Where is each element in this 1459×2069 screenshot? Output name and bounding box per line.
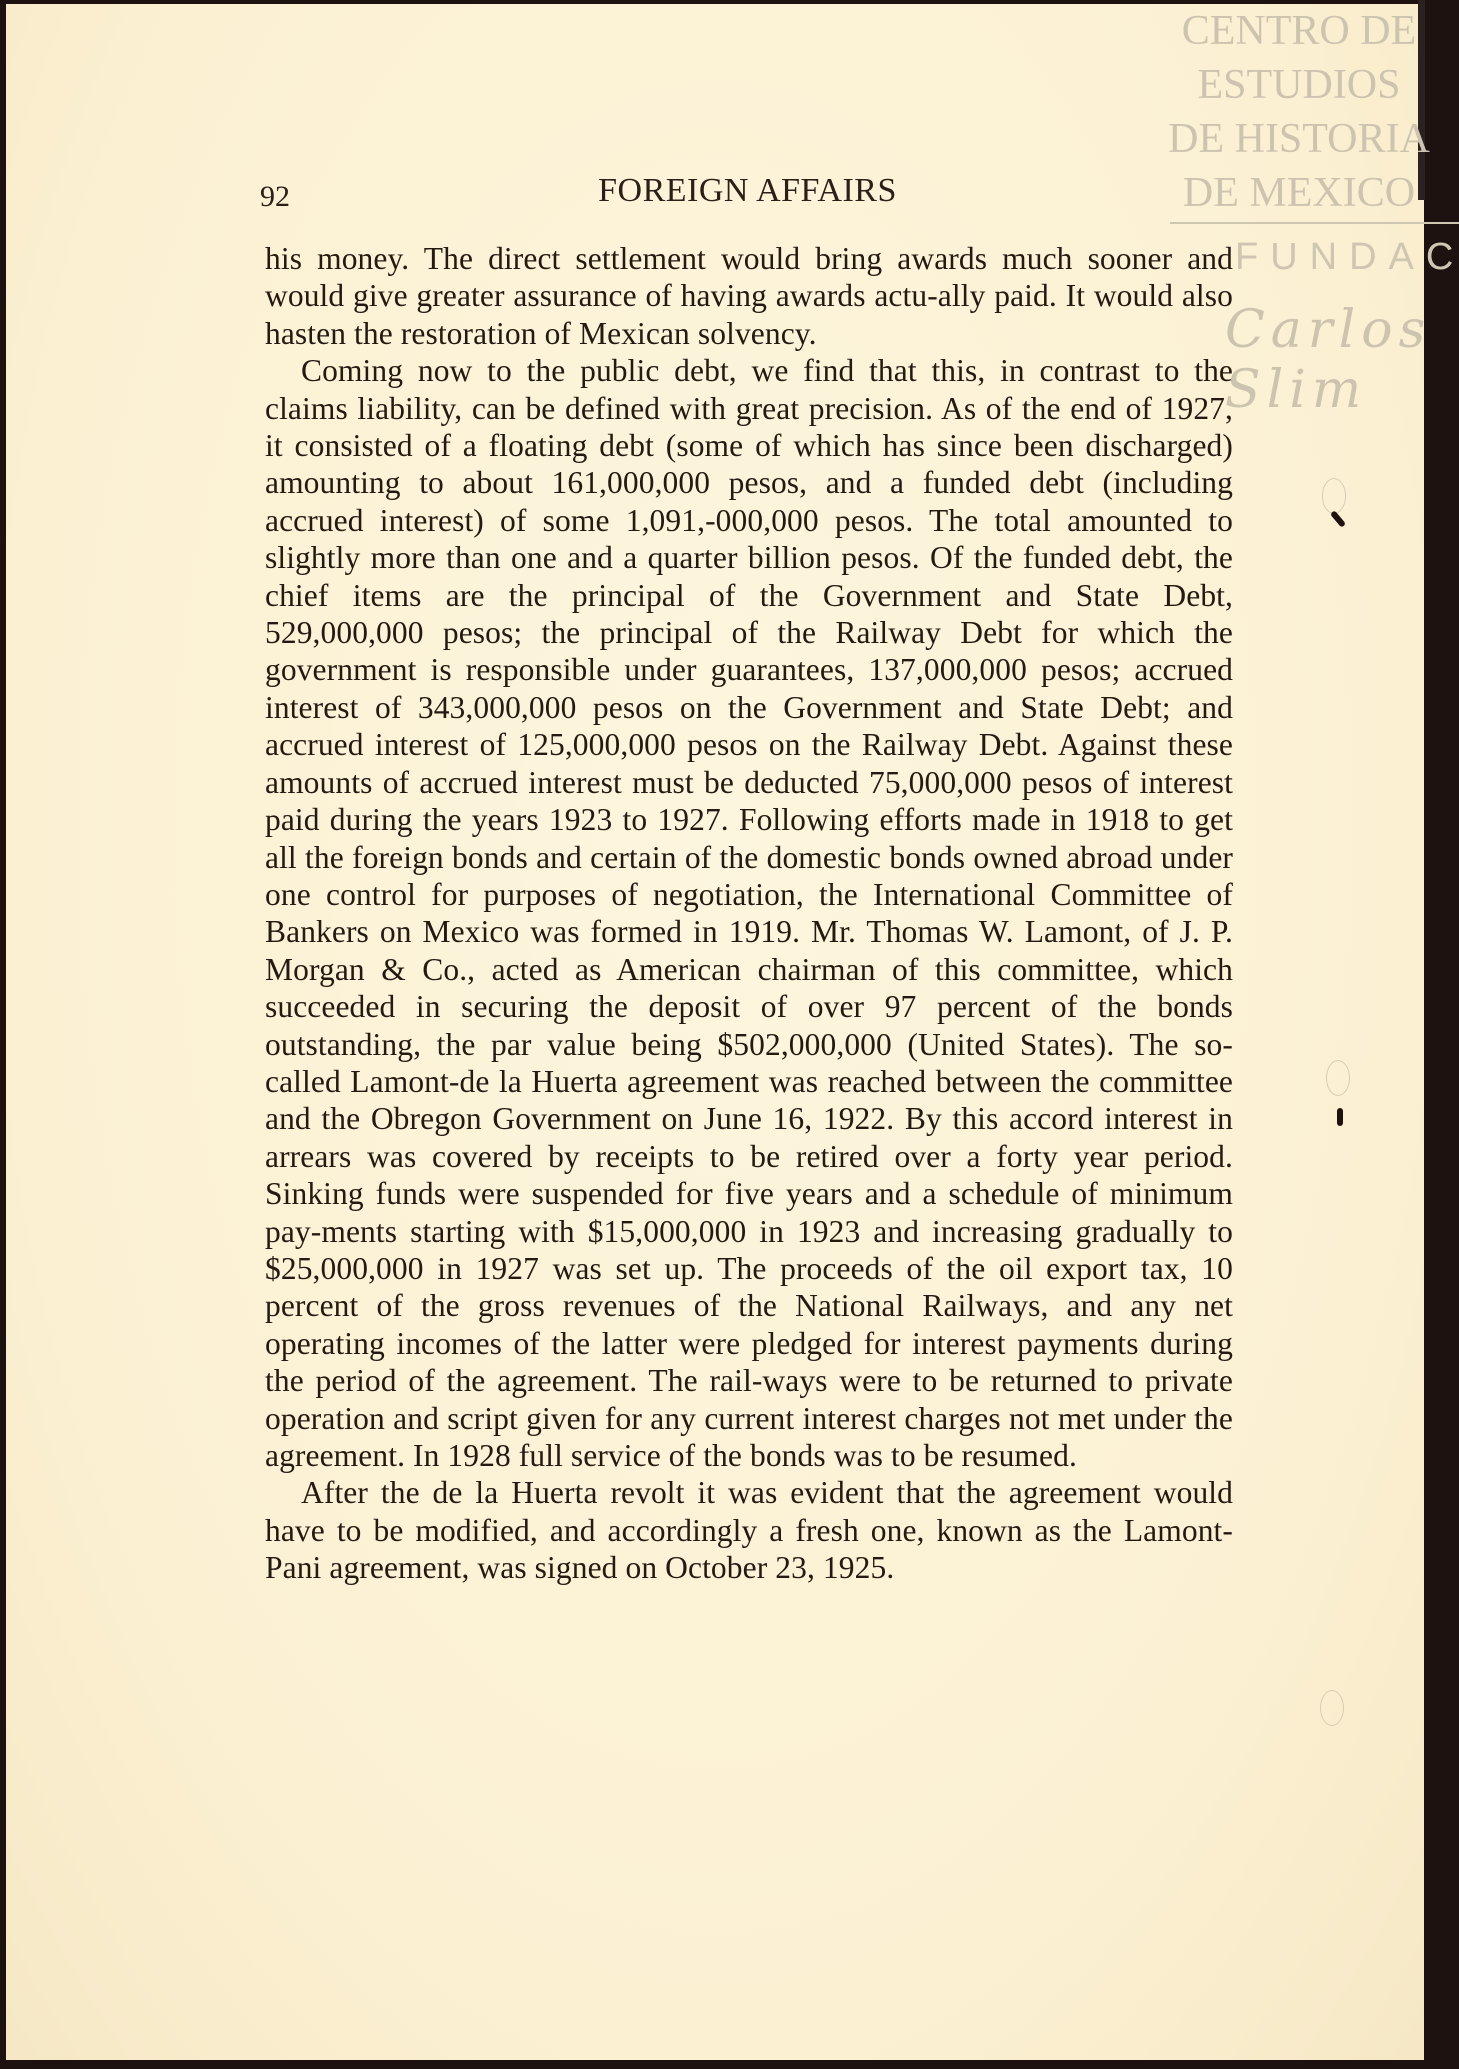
running-title: FOREIGN AFFAIRS — [260, 172, 1235, 210]
watermark-line: CENTRO DE — [1159, 4, 1439, 58]
page-header: 92 FOREIGN AFFAIRS — [260, 172, 1235, 216]
article-body: his money. The direct settlement would b… — [265, 240, 1233, 1587]
watermark-line: DE HISTORIA — [1159, 112, 1439, 166]
paragraph: Coming now to the public debt, we find t… — [265, 352, 1233, 1474]
page-bottom-edge — [0, 2060, 1459, 2069]
watermark-divider — [1170, 222, 1459, 224]
binding-hole — [1326, 1060, 1350, 1096]
watermark-line: ESTUDIOS — [1159, 58, 1439, 112]
binding-hole — [1320, 1690, 1344, 1726]
binding-hole — [1322, 478, 1346, 514]
binding-hole-mark — [1337, 1108, 1343, 1126]
paragraph: After the de la Huerta revolt it was evi… — [265, 1474, 1233, 1586]
paragraph: his money. The direct settlement would b… — [265, 240, 1233, 352]
watermark-fundacion: FUNDACIÓN — [1235, 236, 1459, 279]
watermark-signature: Carlos Slim — [1225, 300, 1459, 420]
